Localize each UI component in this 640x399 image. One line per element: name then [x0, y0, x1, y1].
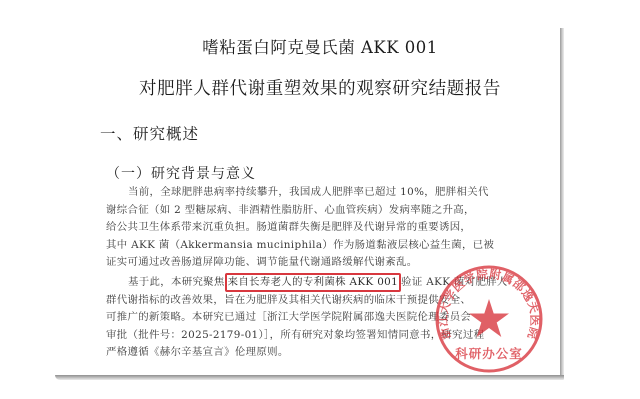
paragraph-line: 给公共卫生体系带来沉重负担。肠道菌群失衡是肥胖及代谢异常的重要诱因， [106, 219, 556, 237]
subsection-heading: （一）研究背景与意义 [106, 163, 256, 183]
paragraph-background: 当前，全球肥胖患病率持续攀升，我国成人肥胖率已超过 10%，肥胖相关代 谢综合征… [106, 184, 556, 272]
paragraph-line: 谢综合征（如 2 型糖尿病、非酒精性脂肪肝、心血管疾病）发病率随之升高， [106, 202, 556, 220]
text-after-highlight: 验证 AKK 菌对肥胖人 [401, 276, 508, 288]
text-before-highlight: 基于此，本研究聚焦 [128, 276, 225, 288]
paragraph-line: 证实可通过改善肠道屏障功能、调节能量代谢通路缓解代谢紊乱。 [106, 254, 556, 272]
section-heading: 一、研究概述 [100, 122, 199, 144]
report-title-line2: 对肥胖人群代谢重塑效果的观察研究结题报告 [0, 75, 640, 100]
highlighted-strain-text: 来自长寿老人的专利菌株 AKK 001 [225, 273, 401, 292]
paragraph-line: 其中 AKK 菌（Akkermansia muciniphila）作为肠道黏液层… [106, 237, 556, 255]
paragraph-line: 审批（批件号：2025-2179-01）］，所有研究对象均签署知情同意书，研究过… [106, 327, 556, 345]
page-shadow-bottom [55, 375, 564, 380]
report-title-line1: 嗜粘蛋白阿克曼氏菌 AKK 001 [0, 34, 640, 58]
paragraph-line: 群代谢指标的改善效果，旨在为肥胖及其相关代谢疾病的临床干预提供安全、 [106, 292, 556, 310]
paragraph-line: 当前，全球肥胖患病率持续攀升，我国成人肥胖率已超过 10%，肥胖相关代 [106, 184, 556, 202]
paragraph-line: 可推广的新策略。本研究已通过［浙江大学医学院附属邵逸夫医院伦理委员会 [106, 309, 556, 327]
paragraph-line: 基于此，本研究聚焦来自长寿老人的专利菌株 AKK 001验证 AKK 菌对肥胖人 [106, 274, 556, 292]
paragraph-study-focus: 基于此，本研究聚焦来自长寿老人的专利菌株 AKK 001验证 AKK 菌对肥胖人… [106, 274, 556, 362]
paragraph-line: 严格遵循《赫尔辛基宣言》伦理原则。 [106, 344, 556, 362]
